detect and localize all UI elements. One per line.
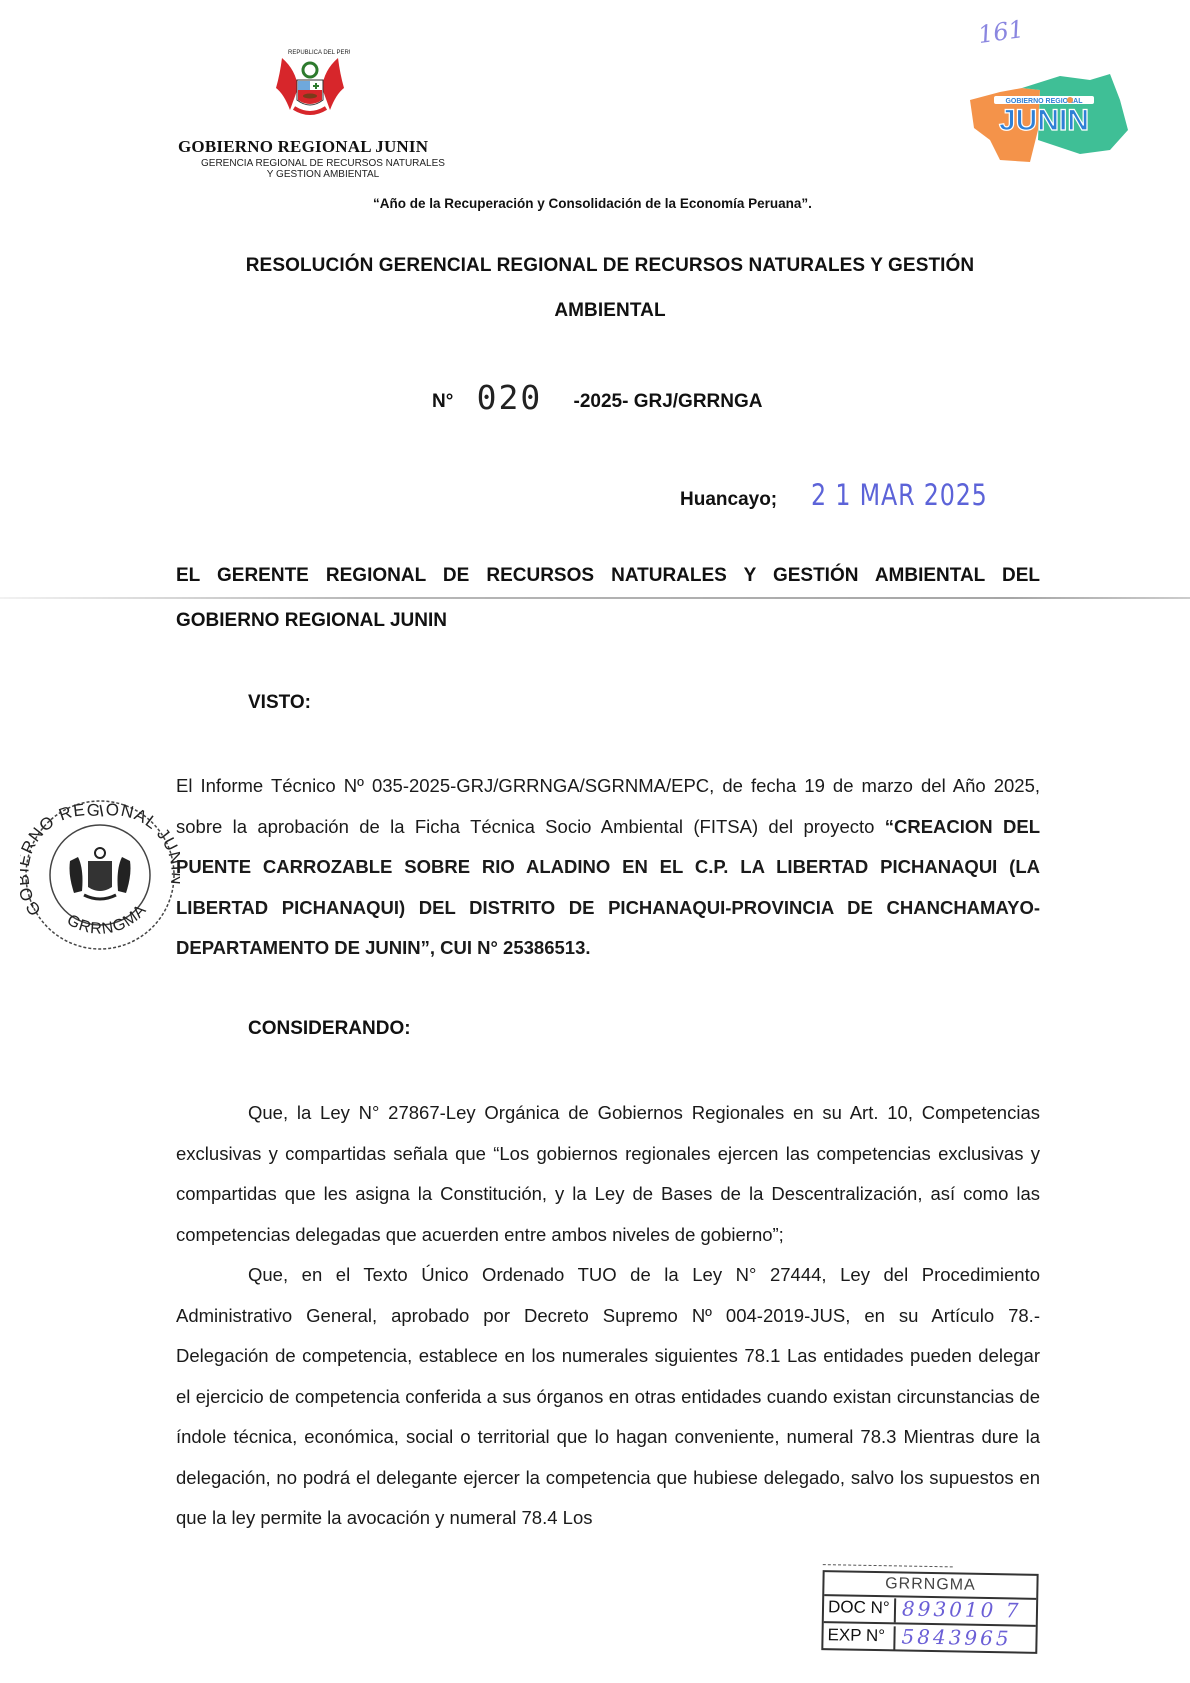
visto-heading: VISTO: xyxy=(248,692,311,714)
resolution-title-line-1: RESOLUCIÓN GERENCIAL REGIONAL DE RECURSO… xyxy=(0,255,1190,277)
document-page: REPUBLICA DEL PERU GOBIERNO REGIONAL JUN… xyxy=(0,0,1190,1683)
svg-text:GRRNGMA: GRRNGMA xyxy=(64,901,150,938)
doc-number-label: DOC N° xyxy=(828,1597,896,1622)
stamp-dashed-line xyxy=(823,1564,953,1567)
svg-text:REPUBLICA DEL PERU: REPUBLICA DEL PERU xyxy=(288,50,350,56)
institution-subtitle-line-2: Y GESTION AMBIENTAL xyxy=(198,169,448,180)
institution-subtitle: GERENCIA REGIONAL DE RECURSOS NATURALES … xyxy=(198,158,448,180)
exp-number-label: EXP N° xyxy=(827,1625,895,1650)
place: Huancayo; xyxy=(680,489,777,511)
handwritten-folio-number: 161 xyxy=(976,15,1025,49)
date-stamp: 2 1 MAR 2025 xyxy=(811,478,988,512)
visto-paragraph: El Informe Técnico Nº 035-2025-GRJ/GRRNG… xyxy=(176,766,1040,969)
institution-subtitle-line-1: GERENCIA REGIONAL DE RECURSOS NATURALES xyxy=(198,158,448,169)
resolution-number: N° 020 -2025- GRJ/GRRNGA xyxy=(432,378,763,417)
doc-number-value: 893010 7 xyxy=(902,1596,1022,1622)
svg-text:GOBIERNO REGIONAL JUNIN: GOBIERNO REGIONAL JUNIN xyxy=(20,800,180,919)
issuer-line-2: GOBIERNO REGIONAL JUNIN xyxy=(176,610,447,632)
svg-text:JUNIN: JUNIN xyxy=(999,104,1089,137)
scan-fold-line xyxy=(0,597,1190,599)
number-prefix: N° xyxy=(432,391,453,413)
issuer-line-1: EL GERENTE REGIONAL DE RECURSOS NATURALE… xyxy=(176,565,1040,587)
junin-regional-logo-icon: GOBIERNO REGIONAL JUNIN xyxy=(960,70,1130,166)
peru-coat-of-arms-icon: REPUBLICA DEL PERU xyxy=(270,48,350,126)
institution-name: GOBIERNO REGIONAL JUNIN xyxy=(178,137,428,157)
doc-number-row: DOC N° 893010 7 xyxy=(824,1595,1036,1627)
exp-number-row: EXP N° 5843965 xyxy=(823,1623,1035,1653)
resolution-title-line-2: AMBIENTAL xyxy=(0,300,1190,322)
registration-stamp-box: GRRNGMA DOC N° 893010 7 EXP N° 5843965 xyxy=(821,1570,1038,1654)
number-suffix: -2025- GRJ/GRRNGA xyxy=(574,391,763,412)
registration-stamp: GRRNGMA DOC N° 893010 7 EXP N° 5843965 xyxy=(821,1564,1041,1656)
considerando-heading: CONSIDERANDO: xyxy=(248,1018,411,1040)
official-seal-stamp-icon: GOBIERNO REGIONAL JUNIN GRRNGMA xyxy=(20,795,180,955)
exp-number-value: 5843965 xyxy=(901,1624,1011,1650)
year-motto: “Año de la Recuperación y Consolidación … xyxy=(373,196,812,211)
place-and-date: Huancayo; 2 1 MAR 2025 xyxy=(680,478,1027,512)
considerando-paragraph-1: Que, la Ley N° 27867-Ley Orgánica de Gob… xyxy=(176,1093,1040,1255)
considerando-paragraph-2: Que, en el Texto Único Ordenado TUO de l… xyxy=(176,1255,1040,1539)
number-value: 020 xyxy=(477,378,543,417)
